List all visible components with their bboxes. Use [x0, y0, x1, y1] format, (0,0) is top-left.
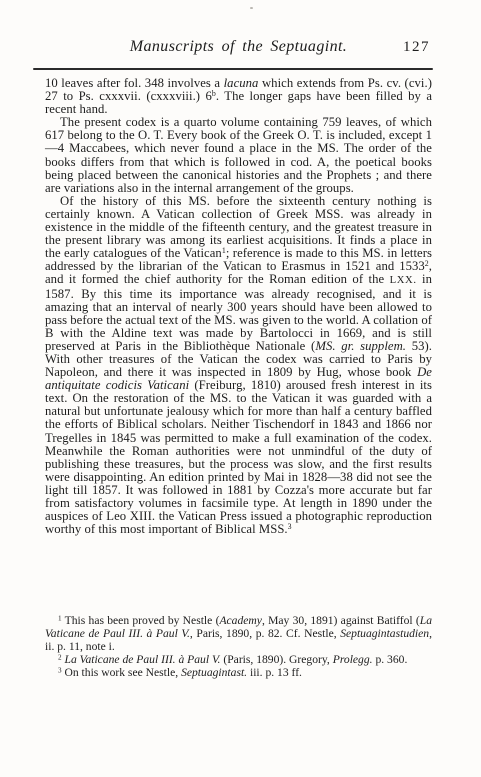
footnote: 3 On this work see Nestle, Septuagintast…	[45, 666, 432, 679]
superscript-marker: 3	[288, 522, 292, 531]
text-run: (Freiburg, 1810) aroused fresh interest …	[45, 378, 432, 536]
text-run: p. 360.	[373, 653, 408, 666]
italic-text: Septuagintast.	[181, 666, 247, 679]
text-run: iii. p. 13 ff.	[247, 666, 302, 679]
book-page: Manuscripts of the Septuagint. 127 10 le…	[0, 0, 481, 777]
page-number: 127	[403, 39, 430, 56]
text-run: 10 leaves after fol. 348 involves a	[45, 76, 224, 90]
footnotes: 1 This has been proved by Nestle (Academ…	[45, 614, 432, 679]
italic-text: Academy	[219, 614, 262, 627]
paragraph: 10 leaves after fol. 348 involves a lacu…	[45, 77, 432, 116]
header-rule	[33, 68, 433, 70]
text-run: The present codex is a quarto volume con…	[45, 115, 432, 194]
paragraph: The present codex is a quarto volume con…	[45, 116, 432, 195]
footnote: 2 La Vaticane de Paul III. à Paul V. (Pa…	[45, 653, 432, 666]
italic-text: Prolegg.	[333, 653, 373, 666]
text-run: (Paris, 1890). Gregory,	[220, 653, 332, 666]
italic-text: Septuagintastudien	[340, 627, 429, 640]
italic-text: lacuna	[224, 76, 259, 90]
text-run: This has been proved by Nestle (	[62, 614, 220, 627]
footnote: 1 This has been proved by Nestle (Academ…	[45, 614, 432, 653]
page-title: Manuscripts of the Septuagint.	[45, 38, 432, 56]
running-header: Manuscripts of the Septuagint. 127	[45, 38, 432, 60]
text-run: LXX.	[390, 275, 417, 286]
text-run: , May 30, 1891) against Batiffol (	[262, 614, 420, 627]
scan-speck	[250, 7, 253, 9]
italic-text: La Vaticane de Paul III. à Paul V.	[65, 653, 221, 666]
text-run: , Paris, 1890, p. 82. Cf. Nestle,	[190, 627, 340, 640]
paragraph: Of the history of this MS. before the si…	[45, 195, 432, 536]
body-text: 10 leaves after fol. 348 involves a lacu…	[45, 77, 432, 536]
italic-text: MS. gr. supplem.	[315, 339, 406, 353]
text-run: On this work see Nestle,	[62, 666, 181, 679]
